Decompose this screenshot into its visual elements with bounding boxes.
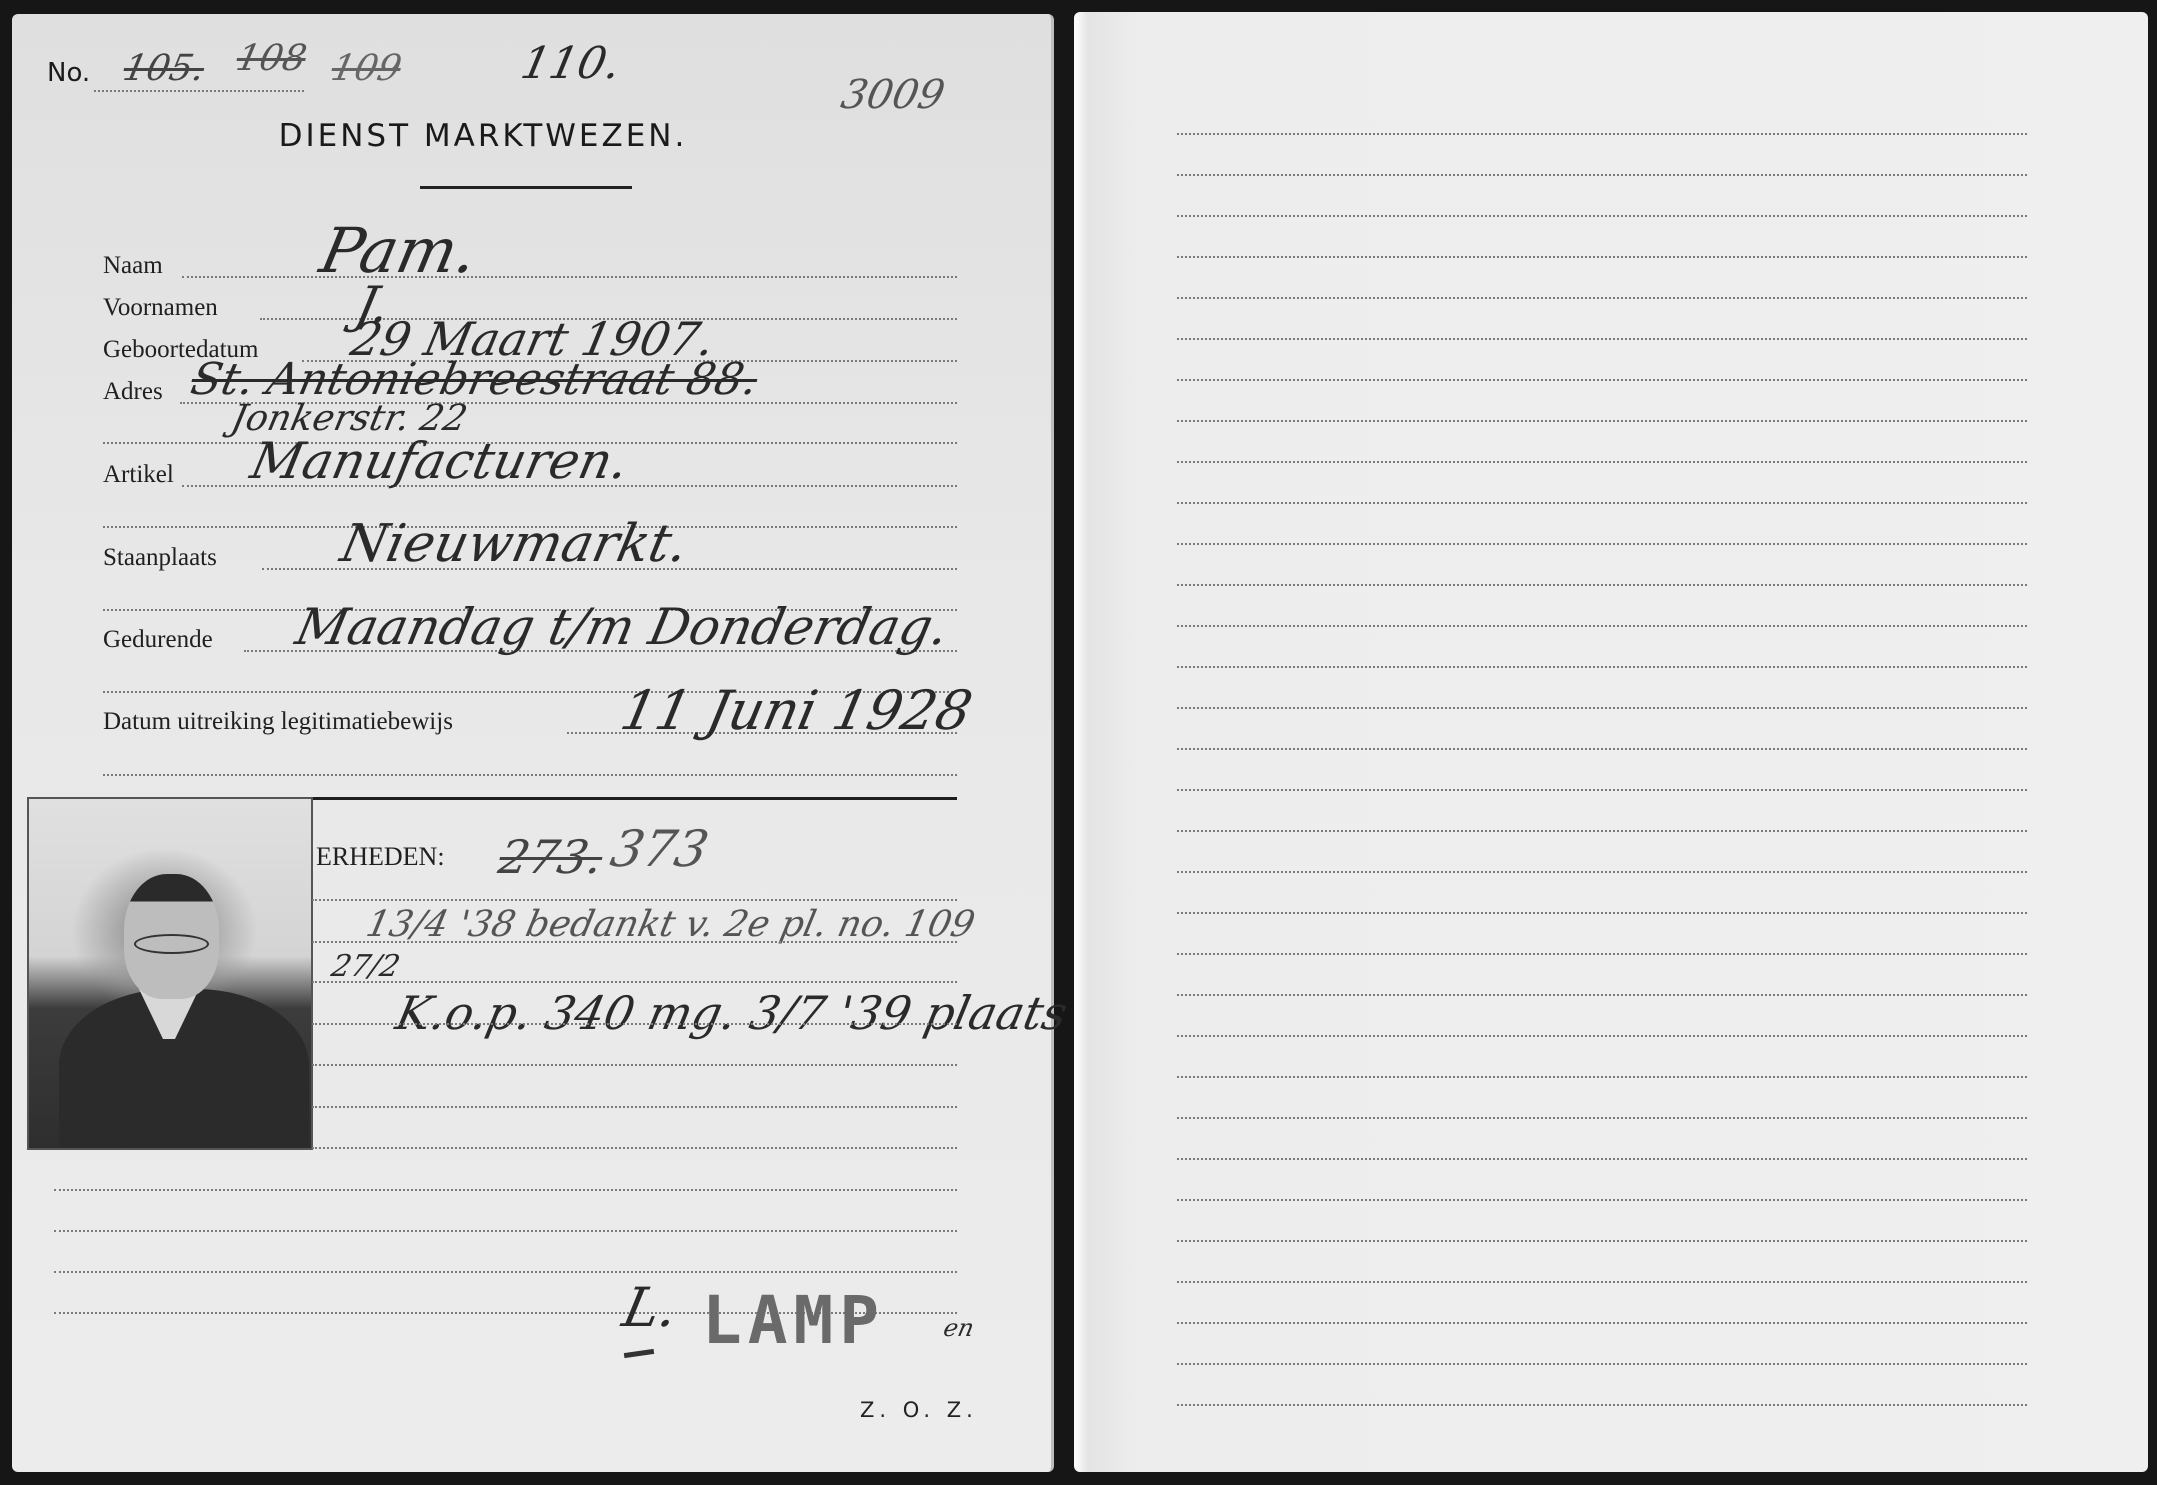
ruled-line (1177, 953, 2027, 955)
ruled-line (1177, 871, 2027, 873)
note-line-2 (312, 941, 957, 943)
note-line-7 (312, 1147, 957, 1149)
struck-number-1: 105. (120, 48, 209, 89)
ruled-line (1177, 133, 2027, 135)
photo-glasses (134, 934, 209, 954)
naam-line (182, 276, 957, 278)
datum-uitreiking-value: 11 Juni 1928 (615, 679, 977, 742)
number-label: No. (47, 58, 90, 88)
current-number: 110. (517, 38, 626, 89)
note-line-1 (312, 899, 957, 901)
note-3: K.o.p. 340 mg. 3/7 '39 plaats 160 (391, 986, 1174, 1040)
stamp-suffix: en (941, 1314, 977, 1342)
ruled-line (1177, 1076, 2027, 1078)
note-line-4 (312, 1023, 957, 1025)
ruled-line (1177, 174, 2027, 176)
file-number: 3009 (837, 72, 949, 118)
gedurende-value: Maandag t/m Donderdag. (291, 598, 954, 656)
zoz-footer: Z. O. Z. (860, 1398, 978, 1422)
card-title: DIENST MARKTWEZEN. (12, 118, 1054, 154)
ruled-line (1177, 1035, 2027, 1037)
ruled-line (1177, 1199, 2027, 1201)
ruled-line (1177, 461, 2027, 463)
adres-label: Adres (103, 378, 163, 406)
signature-initial: L. (617, 1276, 683, 1339)
ruled-line (1177, 994, 2027, 996)
note-line-10 (54, 1271, 957, 1273)
ruled-line (1177, 1404, 2027, 1406)
ruled-line (1177, 502, 2027, 504)
ruled-line (1177, 1158, 2027, 1160)
ruled-line (1177, 912, 2027, 914)
ruled-line (1177, 748, 2027, 750)
ruled-line (1177, 625, 2027, 627)
note-line-6 (312, 1106, 957, 1108)
note-line-3 (312, 981, 957, 983)
datum-line-2 (103, 774, 957, 776)
struck-number-2: 108 (233, 38, 310, 79)
note-line-9 (54, 1230, 957, 1232)
artikel-label: Artikel (103, 461, 174, 489)
ruled-line (1177, 297, 2027, 299)
note-line-8 (54, 1189, 957, 1191)
title-rule (420, 186, 632, 189)
naam-value: Pam. (314, 214, 484, 287)
number-dotted-line (94, 90, 304, 92)
artikel-value: Manufacturen. (246, 432, 634, 490)
signature-underline (624, 1349, 654, 1358)
datum-uitreiking-label: Datum uitreiking legitimatiebewijs (103, 708, 453, 736)
bijzonderheden-number: 373 (606, 820, 714, 878)
ruled-line (1177, 1117, 2027, 1119)
ruled-line (1177, 379, 2027, 381)
ruled-line (1177, 789, 2027, 791)
ruled-line (1177, 215, 2027, 217)
ruled-line (1177, 1281, 2027, 1283)
ruled-line (1177, 1322, 2027, 1324)
ruled-line (1177, 584, 2027, 586)
registration-card-back (1074, 12, 2148, 1472)
ruled-line (1177, 1363, 2027, 1365)
ruled-line (1177, 1240, 2027, 1242)
portrait-photo (27, 797, 313, 1150)
note-1: 13/4 '38 bedankt v. 2e pl. no. 109 (363, 904, 979, 945)
struck-number-3: 109 (328, 48, 405, 89)
name-stamp: LAMP (702, 1282, 885, 1359)
voornamen-label: Voornamen (103, 294, 218, 322)
gedurende-label: Gedurende (103, 626, 213, 654)
section-rule (312, 797, 957, 800)
note-2: 27/2 (328, 949, 403, 984)
ruled-line (1177, 830, 2027, 832)
bijzonderheden-struck-number: 273. (494, 830, 608, 884)
staanplaats-label: Staanplaats (103, 544, 217, 572)
registration-card-front: No. 105. 108 109 110. 3009 DIENST MARKTW… (12, 14, 1054, 1472)
naam-label: Naam (103, 252, 163, 280)
ruled-line (1177, 338, 2027, 340)
ruled-line (1177, 707, 2027, 709)
ruled-line (1177, 256, 2027, 258)
staanplaats-value: Nieuwmarkt. (336, 514, 694, 574)
ruled-line (1177, 543, 2027, 545)
ruled-line (1177, 666, 2027, 668)
bijzonderheden-label: ERHEDEN: (316, 842, 445, 872)
ruled-line (1177, 420, 2027, 422)
note-line-5 (312, 1064, 957, 1066)
